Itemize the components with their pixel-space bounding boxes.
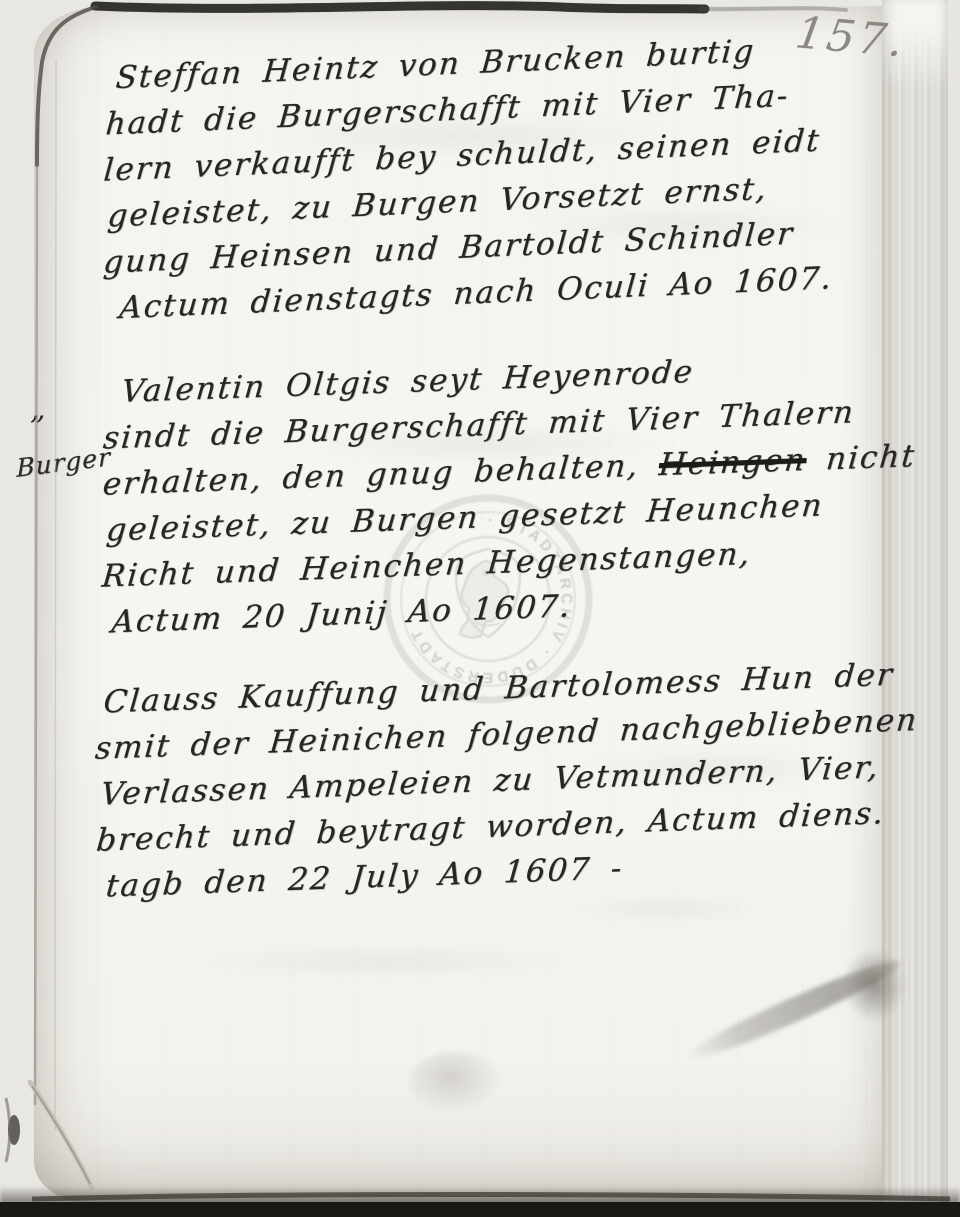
- faint-smudge: [408, 1052, 503, 1114]
- scan-right-margin: [948, 0, 960, 1217]
- smudge-blob: [842, 948, 906, 1022]
- paragraph-2: Valentin Oltgis seyt Heyenrode sindt die…: [88, 341, 919, 646]
- manuscript-scan: · STADTARCHIV · DUDERSTADT · 157. Steffa…: [0, 0, 960, 1217]
- text-segment: nicht: [805, 438, 918, 478]
- binding-hole: [8, 1115, 20, 1145]
- spine-crease: [6, 1098, 10, 1162]
- ink-bleed-spot: [560, 895, 770, 923]
- ink-bleed-spot: [170, 945, 600, 977]
- struck-word: Heingen: [657, 442, 807, 483]
- paragraph-3: Clauss Kauffung und Bartolomess Hun der …: [86, 651, 921, 910]
- paragraph-1: Steffan Heintz von Brucken burtig hadt d…: [92, 26, 831, 332]
- margin-insert-mark: „: [30, 392, 46, 427]
- scan-bottom-background: [0, 1202, 960, 1217]
